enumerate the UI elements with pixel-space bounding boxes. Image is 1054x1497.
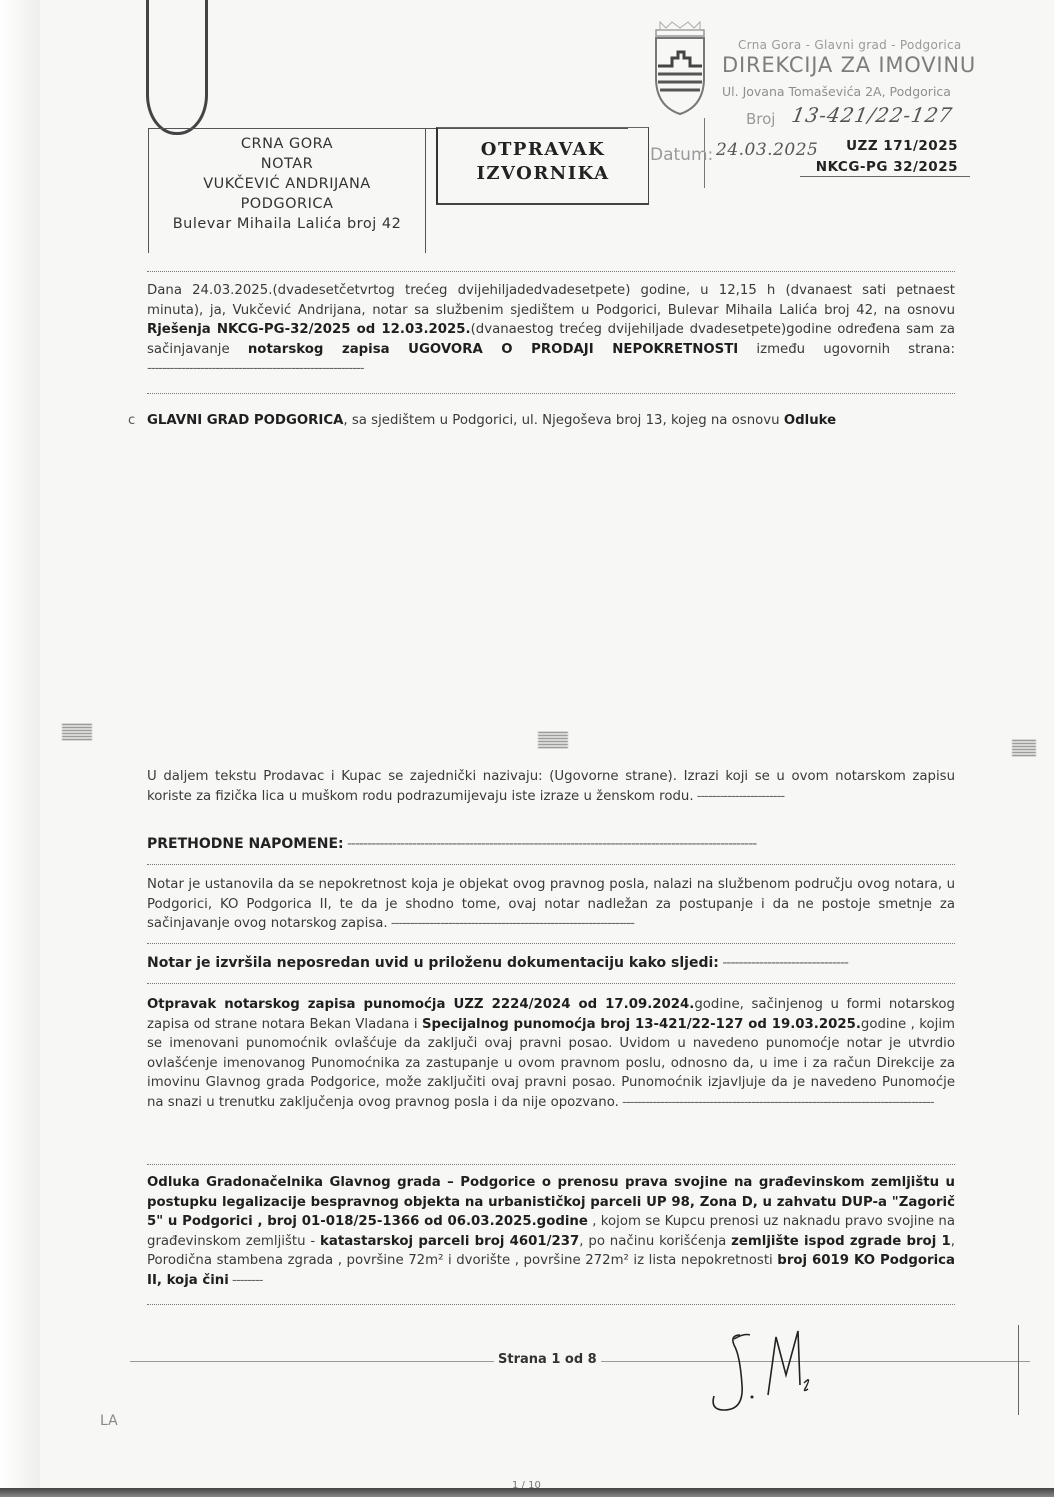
scan-artifact xyxy=(538,730,568,748)
stamp-broj-value: 13-421/22-127 xyxy=(790,103,955,127)
stamp-directorate-name: DIREKCIJA ZA IMOVINU xyxy=(722,53,976,77)
stamp-datum-label: Datum: xyxy=(650,145,713,165)
notary-header-box: CRNA GORA NOTAR VUKČEVIĆ ANDRIJANA PODGO… xyxy=(148,128,426,253)
power-of-attorney-paragraph: Otpravak notarskog zapisa punomoćja UZZ … xyxy=(147,995,955,1112)
prior-notes-heading: PRETHODNE NAPOMENE: --------------------… xyxy=(147,835,955,855)
dashed-divider xyxy=(147,943,955,944)
coat-of-arms-icon xyxy=(650,18,710,123)
prior-notes-text: Notar je ustanovila da se nepokretnost k… xyxy=(147,875,955,934)
case-number-nkcg: NKCG-PG 32/2025 xyxy=(816,159,958,175)
decision-paragraph: Odluka Gradonačelnika Glavnog grada – Po… xyxy=(147,1173,955,1290)
paper-clip-icon xyxy=(146,0,208,135)
party-paragraph: GLAVNI GRAD PODGORICA, sa sjedištem u Po… xyxy=(147,411,955,431)
stamp-broj-label: Broj xyxy=(746,110,775,128)
left-initials: LA xyxy=(100,1413,118,1429)
divider xyxy=(800,176,970,177)
margin-mark: c xyxy=(128,413,135,428)
scan-edge xyxy=(0,1488,1054,1497)
page-label: Strana 1 od 8 xyxy=(494,1352,601,1367)
dashed-divider xyxy=(147,393,955,394)
dashed-divider xyxy=(147,271,955,272)
dashed-divider xyxy=(147,1304,955,1305)
margin-mark xyxy=(1018,1325,1019,1415)
notary-country: CRNA GORA xyxy=(149,134,425,154)
dashed-divider xyxy=(147,1164,955,1165)
notary-address: Bulevar Mihaila Lalića broj 42 xyxy=(149,214,425,234)
dashed-divider xyxy=(147,983,955,984)
terms-note: U daljem tekstu Prodavac i Kupac se zaje… xyxy=(147,767,955,806)
document-page: CRNA GORA NOTAR VUKČEVIĆ ANDRIJANA PODGO… xyxy=(0,0,1054,1497)
case-number-uzz: UZZ 171/2025 xyxy=(846,138,958,154)
dashed-divider xyxy=(147,864,955,865)
notary-title: NOTAR xyxy=(149,154,425,174)
stamp-line-2: IZVORNIKA xyxy=(438,162,648,186)
otpravak-stamp: OTPRAVAK IZVORNIKA xyxy=(436,127,649,205)
notary-city: PODGORICA xyxy=(149,194,425,214)
stamp-address: Ul. Jovana Tomaševića 2A, Podgorica xyxy=(722,84,951,99)
scan-artifact xyxy=(1012,738,1036,756)
stamp-line-1: OTPRAVAK xyxy=(438,138,648,162)
inspection-heading: Notar je izvršila neposredan uvid u pril… xyxy=(147,954,955,974)
stamp-top-line: Crna Gora - Glavni grad - Podgorica xyxy=(738,38,962,52)
direction-stamp: Crna Gora - Glavni grad - Podgorica DIRE… xyxy=(650,18,1050,178)
scan-edge xyxy=(0,0,40,1497)
notary-name: VUKČEVIĆ ANDRIJANA xyxy=(149,174,425,194)
stamp-datum-value: 24.03.2025 xyxy=(716,140,818,160)
signature-icon xyxy=(700,1325,850,1415)
scan-artifact xyxy=(62,722,92,740)
intro-paragraph: Dana 24.03.2025.(dvadesetčetvrtog trećeg… xyxy=(147,281,955,379)
